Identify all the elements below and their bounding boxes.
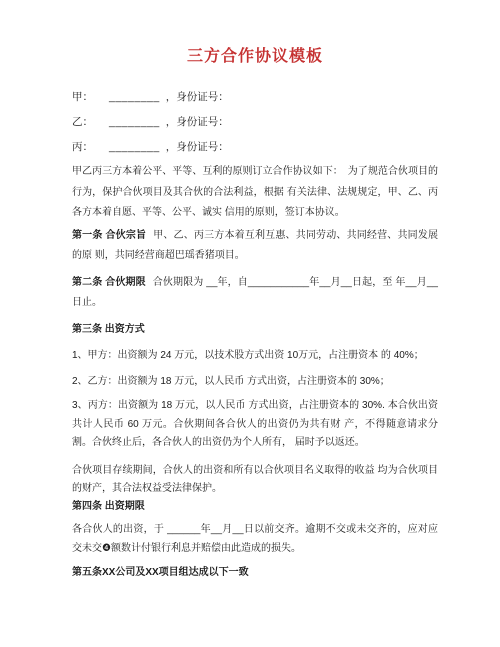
contribution-item-yi: 2、乙方：出资额为 18 万元，以人民币 方式出资，占注册资本的 30%； [72,372,438,393]
party-jia-name-blank: ________ [109,91,160,103]
party-yi-name-blank: ________ [109,116,160,128]
contribution-item-bing: 3、丙方：出资额为 18 万元，以人民币 方式出资，占注册资本的 30%. 本合… [72,397,438,453]
party-bing-id-label: ，身份证号： [166,141,229,153]
article-1: 第一条 合伙宗旨甲、乙、丙三方本着互利互惠、共同劳动、共同经营、共同发展的原 则… [72,226,438,267]
party-yi-id-label: ，身份证号： [166,116,229,128]
party-line-jia: 甲：________，身份证号： [72,85,438,110]
article-2-heading: 第二条 合伙期限 [72,277,153,288]
party-line-bing: 丙：________，身份证号： [72,135,438,160]
article-1-heading: 第一条 合伙宗旨 [72,230,153,241]
article-5-heading: 第五条XX公司及XX项目组达成以下一致 [72,563,438,584]
preamble-paragraph: 甲乙丙三方本着公平、平等、互利的原则订立合作协议如下： 为了规范合伙项目的行为，… [72,162,438,224]
contribution-item-jia: 1、甲方：出资额为 24 万元，以技术股方式出资 10万元，占注册资本 的 40… [72,346,438,367]
article-2: 第二条 合伙期限合伙期限为 __年，自___________年__月__日起，至… [72,273,438,314]
party-yi-label: 乙： [72,116,93,128]
party-bing-label: 丙： [72,141,93,153]
article-3-note: 合伙项目存续期间，合伙人的出资和所有以合伙项目名义取得的收益 均为合伙项目的财产… [72,462,438,498]
party-jia-label: 甲： [72,91,93,103]
document-title: 三方合作协议模板 [72,46,438,68]
party-bing-name-blank: ________ [109,141,160,153]
party-line-yi: 乙：________，身份证号： [72,110,438,135]
article-4-body: 各合伙人的出资，于 ______年__月__日以前交齐。逾期不交或未交齐的，应对… [72,520,438,558]
article-3-heading: 第三条 出资方式 [72,320,438,341]
party-jia-id-label: ，身份证号： [166,91,229,103]
document-page: 三方合作协议模板 甲：________，身份证号： 乙：________，身份证… [0,0,500,647]
article-4-heading: 第四条 出资期限 [72,498,438,516]
